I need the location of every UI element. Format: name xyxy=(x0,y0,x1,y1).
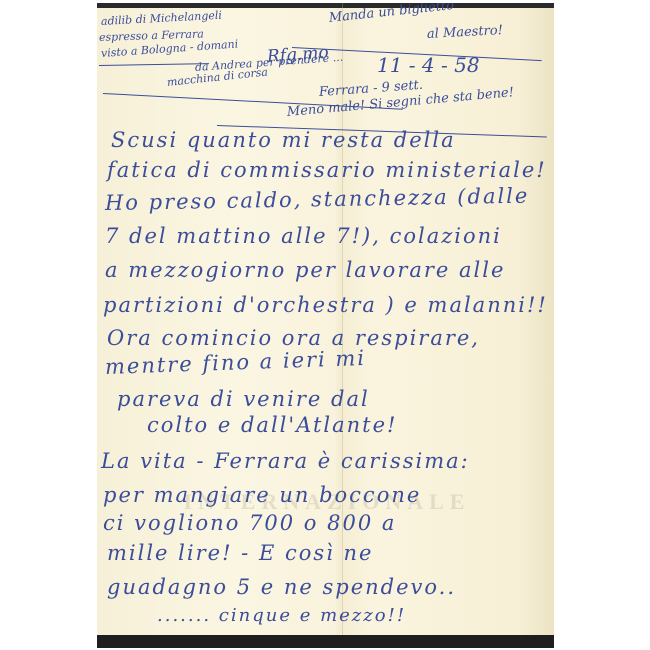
salutation: Rfg.mo xyxy=(266,43,329,67)
body-line: partizioni d'orchestra ) e malanni!! xyxy=(103,293,548,317)
body-line: colto e dall'Atlante! xyxy=(147,413,397,437)
body-line: La vita - Ferrara è carissima: xyxy=(101,449,470,473)
body-line: mentre fino a ieri mi xyxy=(105,346,367,379)
body-line: per mangiare un boccone xyxy=(103,483,421,507)
body-line: ....... cinque e mezzo!! xyxy=(157,605,406,626)
body-line: fatica di commissario ministeriale! xyxy=(107,158,547,182)
body-line: a mezzogiorno per lavorare alle xyxy=(105,258,505,282)
body-line: Scusi quanto mi resta della xyxy=(111,128,456,152)
body-line: guadagno 5 e ne spendevo.. xyxy=(107,575,456,599)
header-note-line: adilib di Michelangeli xyxy=(101,9,223,28)
body-line: ci vogliono 700 o 800 a xyxy=(103,511,396,535)
underline-stroke xyxy=(99,63,209,66)
letter-date: 11 - 4 - 58 xyxy=(377,53,480,77)
body-line: 7 del mattino alle 7!), colazioni xyxy=(105,224,502,248)
header-note-line: al Maestro! xyxy=(427,23,504,42)
body-line: mille lire! - E così ne xyxy=(107,541,373,565)
body-line: pareva di venire dal xyxy=(117,387,370,411)
letter-page: INTERNAZIONALE adilib di Michelangeli es… xyxy=(97,3,554,648)
body-line: Ora comincio ora a respirare, xyxy=(107,326,480,350)
body-line: Ho preso caldo, stanchezza (dalle xyxy=(105,184,530,215)
scan-bottom-edge xyxy=(97,635,554,648)
scan-top-edge xyxy=(97,3,554,8)
